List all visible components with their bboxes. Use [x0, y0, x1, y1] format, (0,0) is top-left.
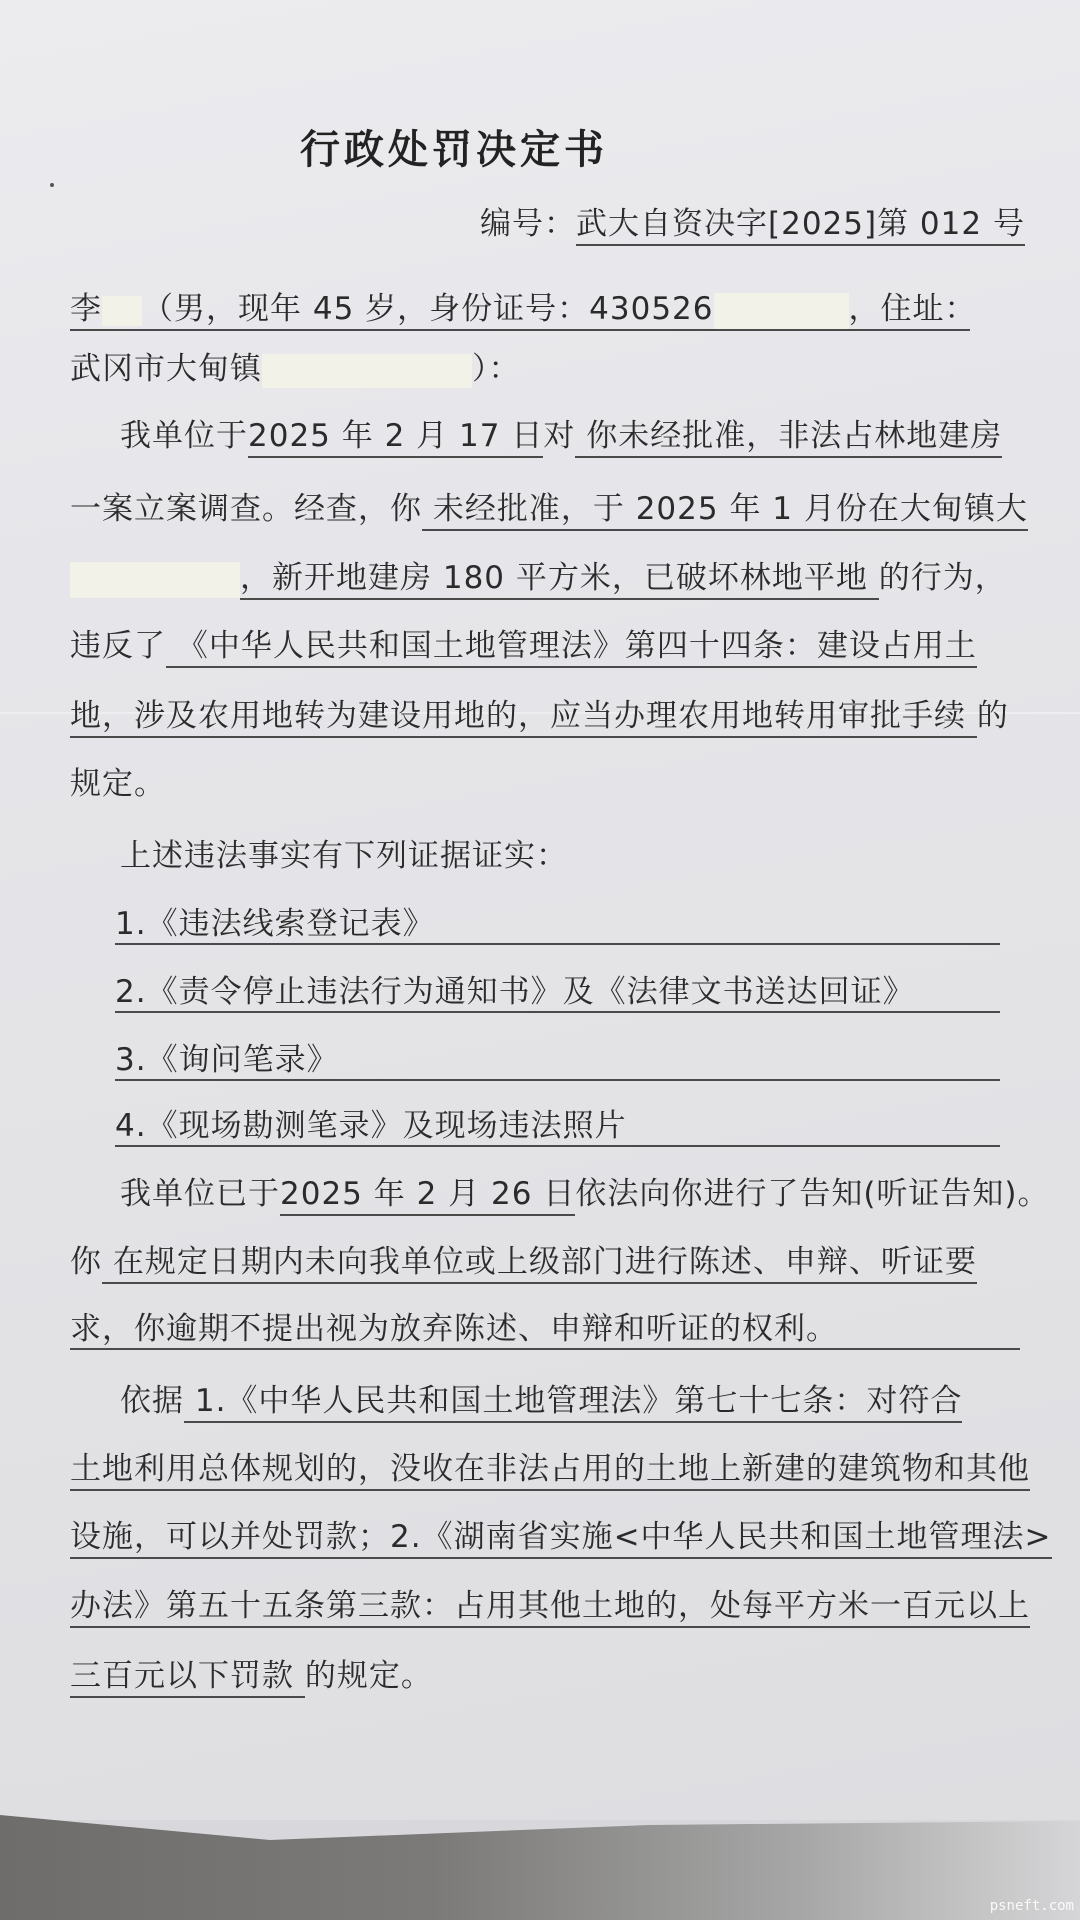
paper-sheet: 行政处罚决定书 编号：武大自资决字[2025]第 012 号 李（男，现年 45… — [0, 0, 1080, 1820]
redacted-id-number — [714, 293, 849, 329]
text: 的 — [977, 698, 1009, 734]
para3-line3: 设施，可以并处罚款；2.《湖南省实施<中华人民共和国土地管理法> — [70, 1511, 1052, 1556]
text: 的行为， — [879, 560, 1007, 596]
party-address-label: ，住址： — [849, 291, 977, 327]
para1-line2: 一案立案调查。经查，你 未经批准，于 2025 年 1 月份在大甸镇大 — [70, 483, 1028, 528]
party-details: （男，现年 45 岁，身份证号：430526 — [142, 291, 714, 327]
text: 我单位于 — [120, 418, 248, 454]
text: 违反了 — [70, 628, 166, 664]
para3-line5: 三百元以下罚款 的规定。 — [70, 1650, 433, 1695]
legal-basis: 1.《中华人民共和国土地管理法》第七十七条：对符合 — [184, 1383, 962, 1423]
legal-basis: 三百元以下罚款 — [70, 1658, 305, 1698]
text: 的规定。 — [305, 1658, 433, 1694]
evidence-item-3: 3.《询问笔录》 — [115, 1034, 1000, 1081]
redacted-name — [102, 296, 142, 326]
investigation-date: 2025 年 2 月 17 日 — [248, 418, 543, 458]
para3-line1: 依据 1.《中华人民共和国土地管理法》第七十七条：对符合 — [120, 1375, 962, 1420]
document-number-label: 编号： — [480, 206, 576, 242]
evidence-item-4: 4.《现场勘测笔录》及现场违法照片 — [115, 1100, 1000, 1147]
background-surface — [0, 1815, 1080, 1920]
para1-line6: 规定。 — [70, 758, 166, 803]
para1-line5: 地，涉及农用地转为建设用地的，应当办理农用地转用审批手续 的 — [70, 690, 1009, 735]
text: 我单位已于 — [120, 1176, 280, 1212]
text: 一案立案调查。经查，你 — [70, 491, 422, 527]
hearing-text: 在规定日期内未向我单位或上级部门进行陈述、申辩、听证要 — [102, 1244, 977, 1284]
legal-basis: 土地利用总体规划的，没收在非法占用的土地上新建的建筑物和其他 — [70, 1451, 1030, 1491]
text: 依据 — [120, 1383, 184, 1419]
document-title: 行政处罚决定书 — [300, 118, 608, 175]
party-town: 武冈市大甸镇 — [70, 351, 262, 387]
para2-line2: 你 在规定日期内未向我单位或上级部门进行陈述、申辩、听证要 — [70, 1236, 977, 1281]
legal-basis: 办法》第五十五条第三款：占用其他土地的，处每平方米一百元以上 — [70, 1588, 1030, 1628]
violated-law: 地，涉及农用地转为建设用地的，应当办理农用地转用审批手续 — [70, 698, 977, 738]
text: 对 — [543, 418, 575, 454]
document-number-value: 武大自资决字[2025]第 012 号 — [576, 206, 1025, 246]
notice-date: 2025 年 2 月 26 日 — [280, 1176, 575, 1216]
para1-line4: 违反了 《中华人民共和国土地管理法》第四十四条：建设占用土 — [70, 620, 977, 665]
para3-line2: 土地利用总体规划的，没收在非法占用的土地上新建的建筑物和其他 — [70, 1443, 1030, 1488]
para1-line1: 我单位于2025 年 2 月 17 日对 你未经批准，非法占林地建房 — [120, 410, 1002, 455]
redacted-address — [262, 354, 472, 388]
party-line-1: 李（男，现年 45 岁，身份证号：430526，住址： — [70, 283, 970, 331]
watermark: psneft.com — [990, 1898, 1074, 1914]
legal-basis: 设施，可以并处罚款；2.《湖南省实施<中华人民共和国土地管理法> — [70, 1519, 1052, 1559]
text: 你 — [70, 1244, 102, 1280]
evidence-item-2: 2.《责令停止违法行为通知书》及《法律文书送达回证》 — [115, 966, 1000, 1013]
para2-line1: 我单位已于2025 年 2 月 26 日依法向你进行了告知(听证告知)。 — [120, 1168, 1050, 1213]
evidence-item-1: 1.《违法线索登记表》 — [115, 898, 1000, 945]
finding-text: ，新开地建房 180 平方米，已破坏林地平地 — [240, 560, 879, 600]
para3-line4: 办法》第五十五条第三款：占用其他土地的，处每平方米一百元以上 — [70, 1580, 1030, 1625]
finding-text: 未经批准，于 2025 年 1 月份在大甸镇大 — [422, 491, 1028, 531]
redacted-location — [70, 562, 240, 598]
case-description: 你未经批准，非法占林地建房 — [575, 418, 1002, 458]
party-close: ）： — [472, 351, 521, 387]
party-surname: 李 — [70, 291, 102, 327]
document-photo: 行政处罚决定书 编号：武大自资决字[2025]第 012 号 李（男，现年 45… — [0, 0, 1080, 1920]
evidence-intro: 上述违法事实有下列证据证实： — [120, 830, 568, 875]
para1-line3: ，新开地建房 180 平方米，已破坏林地平地 的行为， — [70, 552, 1007, 598]
violated-law: 《中华人民共和国土地管理法》第四十四条：建设占用土 — [166, 628, 977, 668]
paper-speck — [50, 183, 54, 187]
text: 依法向你进行了告知(听证告知)。 — [575, 1176, 1049, 1212]
party-line-2: 武冈市大甸镇）： — [70, 343, 521, 388]
para2-line3: 求，你逾期不提出视为放弃陈述、申辩和听证的权利。 — [70, 1303, 1020, 1350]
document-number: 编号：武大自资决字[2025]第 012 号 — [480, 198, 1025, 243]
